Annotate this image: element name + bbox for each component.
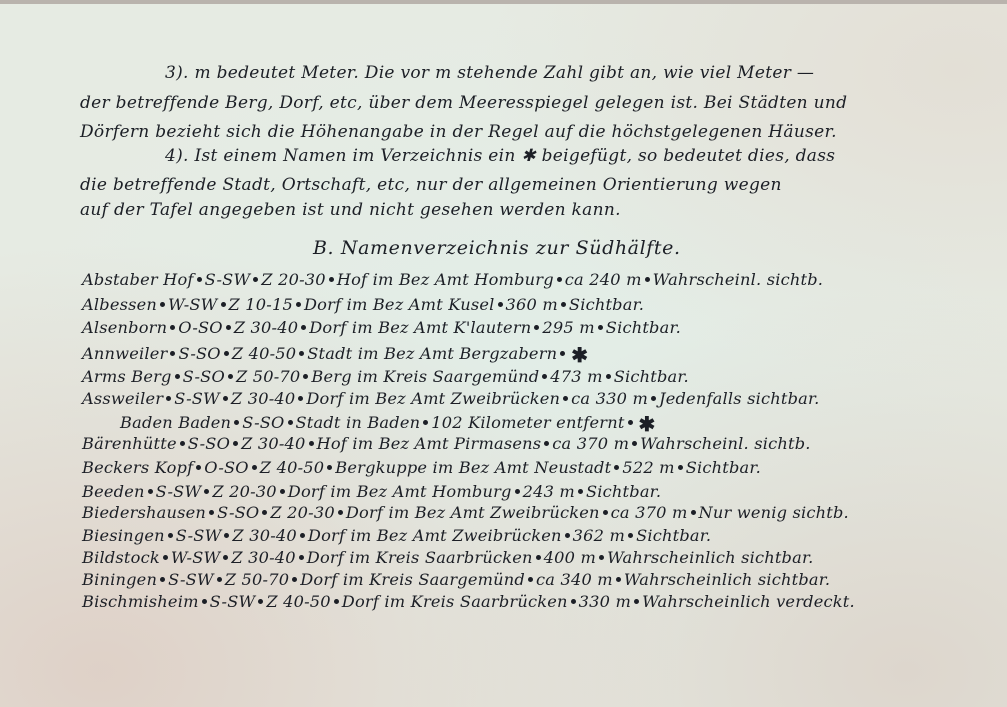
index-entry: BiedershausenS-SOZ 20-30Dorf im Bez Amt … (82, 503, 849, 522)
separator-dot (632, 441, 637, 446)
entry-description: Berg im Kreis Saargemünd (311, 367, 539, 386)
entry-visibility: Nur wenig sichtb. (699, 503, 849, 522)
entry-visibility: Sichtbar. (636, 526, 711, 545)
entry-elevation: 522 m (622, 458, 674, 477)
entry-zone: Z 30-40 (231, 548, 295, 567)
separator-dot (628, 420, 633, 425)
separator-dot (170, 325, 175, 330)
entry-elevation: ca 370 m (611, 503, 688, 522)
separator-dot (578, 489, 583, 494)
entry-direction: S-SW (156, 482, 202, 501)
separator-dot (253, 277, 258, 282)
index-entry: BischmisheimS-SWZ 40-50Dorf im Kreis Saa… (82, 592, 855, 611)
entry-elevation: ca 330 m (571, 389, 648, 408)
index-entry: BiningenS-SWZ 50-70Dorf im Kreis Saargem… (82, 570, 830, 589)
entry-visibility: Wahrscheinlich sichtbar. (624, 570, 830, 589)
entry-name: Albessen (82, 295, 157, 314)
separator-dot (296, 302, 301, 307)
entry-description: Dorf im Bez Amt Homburg (288, 482, 512, 501)
separator-dot (634, 599, 639, 604)
index-entry: BildstockW-SWZ 30-40Dorf im Kreis Saarbr… (82, 548, 813, 567)
entry-visibility: Wahrscheinlich verdeckt. (642, 592, 855, 611)
separator-dot (163, 555, 168, 560)
index-entry: AlbessenW-SWZ 10-15Dorf im Bez Amt Kusel… (82, 295, 644, 314)
separator-dot (338, 510, 343, 515)
entry-name: Beckers Kopf (82, 458, 193, 477)
separator-dot (599, 555, 604, 560)
separator-dot (224, 351, 229, 356)
separator-dot (234, 420, 239, 425)
separator-dot (300, 533, 305, 538)
entry-name: Alsenborn (82, 318, 167, 337)
separator-dot (628, 533, 633, 538)
separator-dot (170, 351, 175, 356)
note-line: auf der Tafel angegeben ist und nicht ge… (80, 202, 621, 219)
separator-dot (166, 396, 171, 401)
asterisk-icon: ✱ (571, 343, 588, 367)
separator-dot (223, 396, 228, 401)
entry-elevation: ca 370 m (552, 434, 629, 453)
entry-direction: O-SO (204, 458, 249, 477)
separator-dot (228, 374, 233, 379)
entry-elevation: 330 m (579, 592, 631, 611)
entry-name: Bildstock (82, 548, 160, 567)
entry-direction: S-SW (176, 526, 222, 545)
separator-dot (534, 325, 539, 330)
separator-dot (299, 351, 304, 356)
section-heading: B. Namenverzeichnis zur Südhälfte. (313, 237, 681, 259)
separator-dot (299, 555, 304, 560)
entry-description: Dorf im Kreis Saargemünd (300, 570, 525, 589)
entry-name: Beeden (82, 482, 145, 501)
note-line: der betreffende Berg, Dorf, etc, über de… (80, 95, 847, 112)
entry-direction: S-SW (210, 592, 256, 611)
entry-zone: Z 10-15 (229, 295, 293, 314)
entry-name: Bärenhütte (82, 434, 177, 453)
entry-visibility: Jedenfalls sichtbar. (659, 389, 819, 408)
separator-dot (175, 374, 180, 379)
entry-name: Assweiler (82, 389, 163, 408)
separator-dot (571, 599, 576, 604)
entry-name: Annweiler (82, 344, 167, 363)
separator-dot (303, 374, 308, 379)
separator-dot (252, 465, 257, 470)
entry-zone: Z 20-30 (212, 482, 276, 501)
separator-dot (557, 277, 562, 282)
separator-dot (202, 599, 207, 604)
separator-dot (536, 555, 541, 560)
separator-dot (691, 510, 696, 515)
separator-dot (614, 465, 619, 470)
entry-visibility: Sichtbar. (569, 295, 644, 314)
separator-dot (329, 277, 334, 282)
entry-name: Arms Berg (82, 367, 172, 386)
entry-zone: Z 20-30 (270, 503, 334, 522)
separator-dot (224, 533, 229, 538)
separator-dot (606, 374, 611, 379)
separator-dot (560, 351, 565, 356)
separator-dot (226, 325, 231, 330)
entry-description: Dorf im Bez Amt Zweibrücken (346, 503, 600, 522)
entry-elevation: 473 m (550, 367, 602, 386)
separator-dot (542, 374, 547, 379)
separator-dot (515, 489, 520, 494)
asterisk-icon: ✱ (639, 412, 656, 436)
entry-name: Bischmisheim (82, 592, 199, 611)
entry-description: Bergkuppe im Bez Amt Neustadt (335, 458, 611, 477)
separator-dot (280, 489, 285, 494)
entry-name: Biedershausen (82, 503, 206, 522)
entry-elevation: 362 m (573, 526, 625, 545)
handwritten-page: 3). m bedeutet Meter. Die vor m stehende… (0, 0, 1007, 707)
separator-dot (292, 577, 297, 582)
separator-dot (301, 325, 306, 330)
separator-dot (561, 302, 566, 307)
entry-direction: S-SO (178, 344, 220, 363)
separator-dot (498, 302, 503, 307)
note-line: Dörfern bezieht sich die Höhenangabe in … (80, 124, 837, 141)
index-entry: BiesingenS-SWZ 30-40Dorf im Bez Amt Zwei… (82, 526, 711, 545)
entry-visibility: Sichtbar. (686, 458, 761, 477)
note-line: die betreffende Stadt, Ortschaft, etc, n… (80, 177, 782, 194)
separator-dot (563, 396, 568, 401)
note-line: 4). Ist einem Namen im Verzeichnis ein ✱… (165, 148, 835, 165)
separator-dot (598, 325, 603, 330)
entry-direction: S-SW (168, 570, 214, 589)
entry-description: Dorf im Kreis Saarbrücken (307, 548, 533, 567)
separator-dot (160, 302, 165, 307)
entry-visibility: Wahrscheinl. sichtb. (640, 434, 810, 453)
separator-dot (645, 277, 650, 282)
index-entry: AlsenbornO-SOZ 30-40Dorf im Bez Amt K'la… (82, 318, 681, 337)
entry-description: Dorf im Bez Amt Kusel (304, 295, 495, 314)
entry-zone: Z 40-50 (232, 344, 296, 363)
entry-elevation: 243 m (523, 482, 575, 501)
entry-name: Abstaber Hof (82, 270, 194, 289)
index-entry: Baden BadenS-SOStadt in Baden102 Kilomet… (120, 412, 656, 436)
entry-elevation: 295 m (542, 318, 594, 337)
entry-visibility: Wahrscheinl. sichtb. (653, 270, 823, 289)
entry-zone: Z 50-70 (236, 367, 300, 386)
index-entry: AnnweilerS-SOZ 40-50Stadt im Bez Amt Ber… (82, 343, 588, 367)
entry-description: Stadt im Bez Amt Bergzabern (307, 344, 557, 363)
separator-dot (262, 510, 267, 515)
entry-description: Stadt in Baden (296, 413, 421, 432)
index-entry: BärenhütteS-SOZ 30-40Hof im Bez Amt Pirm… (82, 434, 811, 453)
entry-direction: S-SW (205, 270, 251, 289)
entry-direction: S-SO (183, 367, 225, 386)
entry-description: Dorf im Bez Amt Zweibrücken (306, 389, 560, 408)
separator-dot (209, 510, 214, 515)
entry-elevation: 102 Kilometer entfernt (431, 413, 624, 432)
index-entry: AssweilerS-SWZ 30-40Dorf im Bez Amt Zwei… (82, 389, 820, 408)
entry-elevation: ca 340 m (536, 570, 613, 589)
entry-description: Dorf im Bez Amt Zweibrücken (308, 526, 562, 545)
index-entry: Arms BergS-SOZ 50-70Berg im Kreis Saarge… (82, 367, 689, 386)
separator-dot (233, 441, 238, 446)
index-entry: Beckers KopfO-SOZ 40-50Bergkuppe im Bez … (82, 458, 761, 477)
entry-name: Biesingen (82, 526, 165, 545)
separator-dot (196, 465, 201, 470)
index-entry: BeedenS-SWZ 20-30Dorf im Bez Amt Homburg… (82, 482, 661, 501)
entry-visibility: Wahrscheinlich sichtbar. (607, 548, 813, 567)
entry-zone: Z 20-30 (261, 270, 325, 289)
note-line: 3). m bedeutet Meter. Die vor m stehende… (165, 65, 814, 82)
entry-elevation: ca 240 m (565, 270, 642, 289)
entry-description: Hof im Bez Amt Homburg (337, 270, 554, 289)
entry-name: Baden Baden (120, 413, 231, 432)
separator-dot (616, 577, 621, 582)
separator-dot (678, 465, 683, 470)
entry-name: Biningen (82, 570, 157, 589)
separator-dot (565, 533, 570, 538)
entry-zone: Z 40-50 (266, 592, 330, 611)
entry-description: Dorf im Bez Amt K'lautern (309, 318, 531, 337)
index-entry: Abstaber HofS-SWZ 20-30Hof im Bez Amt Ho… (82, 270, 823, 289)
separator-dot (528, 577, 533, 582)
entry-direction: O-SO (178, 318, 223, 337)
entry-zone: Z 30-40 (232, 526, 296, 545)
separator-dot (180, 441, 185, 446)
entry-direction: S-SW (174, 389, 220, 408)
separator-dot (309, 441, 314, 446)
separator-dot (258, 599, 263, 604)
entry-zone: Z 40-50 (260, 458, 324, 477)
entry-zone: Z 50-70 (225, 570, 289, 589)
entry-elevation: 360 m (506, 295, 558, 314)
separator-dot (217, 577, 222, 582)
entry-direction: W-SW (168, 295, 217, 314)
entry-zone: Z 30-40 (234, 318, 298, 337)
entry-direction: S-SO (188, 434, 230, 453)
separator-dot (327, 465, 332, 470)
entry-visibility: Sichtbar. (586, 482, 661, 501)
separator-dot (288, 420, 293, 425)
separator-dot (603, 510, 608, 515)
entry-description: Hof im Bez Amt Pirmasens (317, 434, 542, 453)
entry-visibility: Sichtbar. (614, 367, 689, 386)
separator-dot (223, 555, 228, 560)
separator-dot (221, 302, 226, 307)
entry-visibility: Sichtbar. (606, 318, 681, 337)
separator-dot (168, 533, 173, 538)
entry-elevation: 400 m (544, 548, 596, 567)
separator-dot (423, 420, 428, 425)
separator-dot (148, 489, 153, 494)
entry-direction: S-SO (242, 413, 284, 432)
separator-dot (204, 489, 209, 494)
separator-dot (298, 396, 303, 401)
entry-direction: S-SO (217, 503, 259, 522)
entry-description: Dorf im Kreis Saarbrücken (342, 592, 568, 611)
entry-zone: Z 30-40 (231, 389, 295, 408)
entry-zone: Z 30-40 (241, 434, 305, 453)
separator-dot (197, 277, 202, 282)
separator-dot (651, 396, 656, 401)
separator-dot (160, 577, 165, 582)
separator-dot (334, 599, 339, 604)
entry-direction: W-SW (171, 548, 220, 567)
separator-dot (544, 441, 549, 446)
